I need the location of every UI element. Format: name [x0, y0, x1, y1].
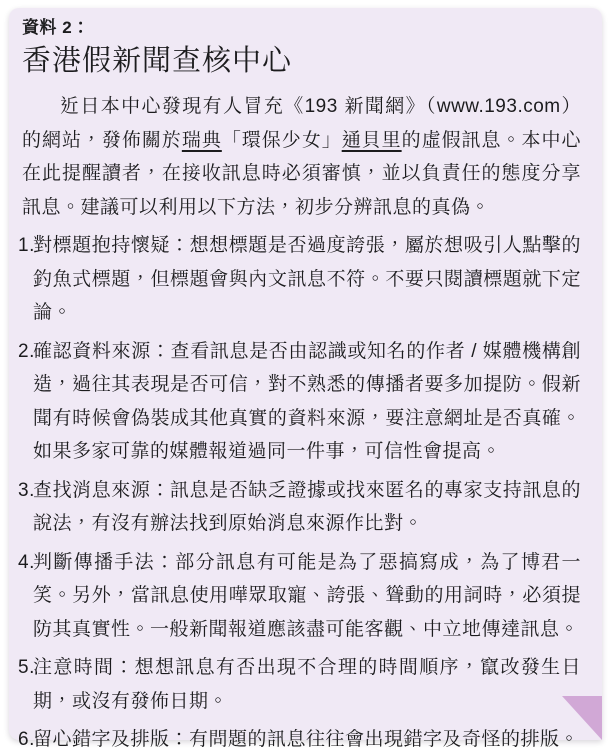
tip-item: 3.查找消息來源：訊息是否缺乏證據或找來匿名的專家支持訊息的說法，有沒有辦法找到… [22, 474, 581, 541]
page: 資料 2： 香港假新聞查核中心 近日本中心發現有人冒充《193 新聞網》（www… [0, 0, 611, 751]
tip-text: 確認資料來源：查看訊息是否由認識或知名的作者 / 媒體機構創造，過往其表現是否可… [33, 341, 581, 463]
tip-text: 判斷傳播手法：部分訊息有可能是為了惡搞寫成，為了博君一笑。另外，當訊息使用嘩眾取… [33, 552, 581, 640]
tip-number: 4. [18, 546, 35, 580]
document-card: 資料 2： 香港假新聞查核中心 近日本中心發現有人冒充《193 新聞網》（www… [9, 8, 602, 740]
tip-item: 1.對標題抱持懷疑：想想標題是否過度誇張，屬於想吸引人點擊的釣魚式標題，但標題會… [22, 229, 581, 330]
proper-noun-underlined: 瑞典 [182, 130, 222, 151]
tip-number: 6. [18, 723, 35, 751]
tip-item: 6.留心錯字及排版：有問題的訊息往往會出現錯字及奇怪的排版。 [22, 723, 581, 751]
intro-text: 「環保少女」 [222, 130, 342, 151]
tip-item: 4.判斷傳播手法：部分訊息有可能是為了惡搞寫成，為了博君一笑。另外，當訊息使用嘩… [22, 546, 581, 647]
tip-text: 對標題抱持懷疑：想想標題是否過度誇張，屬於想吸引人點擊的釣魚式標題，但標題會與內… [33, 235, 581, 323]
tip-number: 3. [18, 474, 35, 508]
tip-number: 1. [18, 229, 35, 263]
intro-paragraph: 近日本中心發現有人冒充《193 新聞網》（www.193.com）的網站，發佈關… [22, 90, 581, 224]
tip-number: 2. [18, 335, 35, 369]
tip-item: 5.注意時間：想想訊息有否出現不合理的時間順序，竄改發生日期，或沒有發佈日期。 [22, 651, 581, 718]
tip-text: 留心錯字及排版：有問題的訊息往往會出現錯字及奇怪的排版。 [33, 729, 579, 750]
tip-number: 5. [18, 651, 35, 685]
tips-list: 1.對標題抱持懷疑：想想標題是否過度誇張，屬於想吸引人點擊的釣魚式標題，但標題會… [22, 229, 581, 751]
tip-text: 注意時間：想想訊息有否出現不合理的時間順序，竄改發生日期，或沒有發佈日期。 [33, 657, 581, 712]
tip-text: 查找消息來源：訊息是否缺乏證據或找來匿名的專家支持訊息的說法，有沒有辦法找到原始… [33, 480, 581, 535]
tip-item: 2.確認資料來源：查看訊息是否由認識或知名的作者 / 媒體機構創造，過往其表現是… [22, 335, 581, 469]
doc-label: 資料 2： [22, 16, 581, 40]
page-title: 香港假新聞查核中心 [22, 42, 581, 80]
proper-noun-underlined: 通貝里 [342, 130, 402, 151]
